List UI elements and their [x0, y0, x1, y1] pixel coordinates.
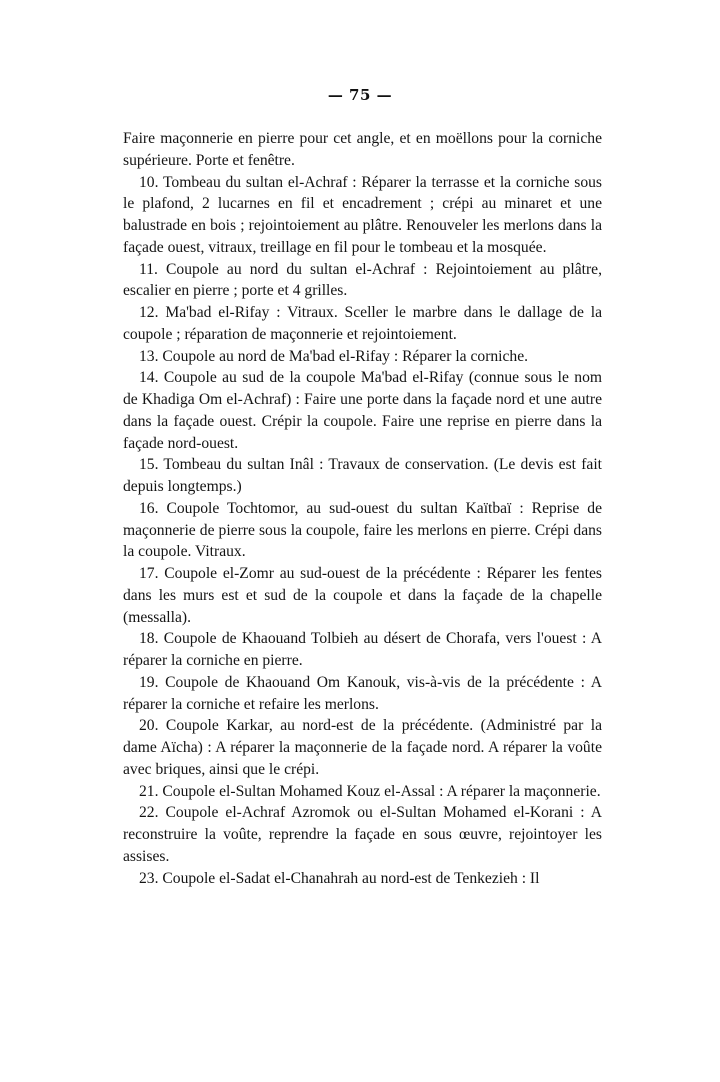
- paragraph-continuation: Faire maçonnerie en pierre pour cet angl…: [123, 128, 602, 172]
- paragraph-item-23: 23. Coupole el-Sadat el-Chanahrah au nor…: [123, 868, 602, 890]
- paragraph-item-16: 16. Coupole Tochtomor, au sud-ouest du s…: [123, 498, 602, 563]
- paragraph-item-17: 17. Coupole el-Zomr au sud-ouest de la p…: [123, 563, 602, 628]
- paragraph-item-10: 10. Tombeau du sultan el-Achraf : Répare…: [123, 172, 602, 259]
- paragraph-item-14: 14. Coupole au sud de la coupole Ma'bad …: [123, 367, 602, 454]
- paragraph-item-22: 22. Coupole el-Achraf Azromok ou el-Sult…: [123, 802, 602, 867]
- paragraph-item-19: 19. Coupole de Khaouand Om Kanouk, vis-à…: [123, 672, 602, 716]
- body-text: Faire maçonnerie en pierre pour cet angl…: [123, 128, 602, 889]
- paragraph-item-11: 11. Coupole au nord du sultan el-Achraf …: [123, 259, 602, 303]
- paragraph-item-15: 15. Tombeau du sultan Inâl : Travaux de …: [123, 454, 602, 498]
- paragraph-item-12: 12. Ma'bad el-Rifay : Vitraux. Sceller l…: [123, 302, 602, 346]
- paragraph-item-20: 20. Coupole Karkar, au nord-est de la pr…: [123, 715, 602, 780]
- paragraph-item-13: 13. Coupole au nord de Ma'bad el-Rifay :…: [123, 346, 602, 368]
- page-number: — 75 —: [0, 86, 720, 104]
- paragraph-item-18: 18. Coupole de Khaouand Tolbieh au déser…: [123, 628, 602, 672]
- paragraph-item-21: 21. Coupole el-Sultan Mohamed Kouz el-As…: [123, 781, 602, 803]
- document-page: — 75 — Faire maçonnerie en pierre pour c…: [0, 0, 720, 1082]
